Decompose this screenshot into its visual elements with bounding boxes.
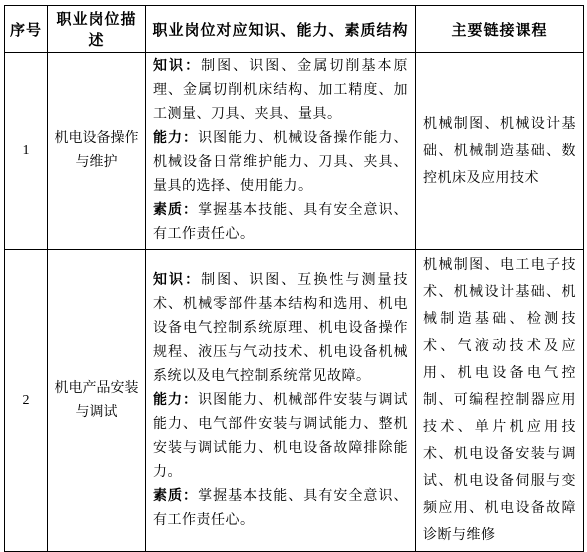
quality-paragraph: 素质：掌握基本技能、具有安全意识、有工作责任心。 <box>153 485 408 533</box>
knowledge-paragraph: 知识：制图、识图、金属切削基本原理、金属切削机床结构、加工精度、加工测量、刀具、… <box>153 55 408 127</box>
ability-paragraph: 能力：识图能力、机械设备操作能力、机械设备日常维护能力、刀具、夹具、量具的选择、… <box>153 127 408 199</box>
serial-number-cell: 2 <box>5 250 48 552</box>
position-description-cell: 机电产品安装与调试 <box>48 250 146 552</box>
knowledge-paragraph: 知识：制图、识图、互换性与测量技术、机械零部件基本结构和选用、机电设备电气控制系… <box>153 269 408 389</box>
quality-label: 素质： <box>153 489 198 504</box>
table-row: 2 机电产品安装与调试 知识：制图、识图、互换性与测量技术、机械零部件基本结构和… <box>5 250 584 552</box>
header-position-description: 职业岗位描述 <box>48 6 146 53</box>
knowledge-label: 知识： <box>153 59 201 74</box>
linked-courses-cell: 机械制图、电工电子技术、机械设计基础、机械制造基础、检测技术、气液动技术及应用、… <box>416 250 584 552</box>
linked-courses-cell: 机械制图、机械设计基础、机械制造基础、数控机床及应用技术 <box>416 53 584 250</box>
ability-paragraph: 能力：识图能力、机械部件安装与调试能力、电气部件安装与调试能力、整机安装与调试能… <box>153 389 408 485</box>
header-knowledge-ability-quality: 职业岗位对应知识、能力、素质结构 <box>146 6 416 53</box>
header-row: 序号 职业岗位描述 职业岗位对应知识、能力、素质结构 主要链接课程 <box>5 6 584 53</box>
knowledge-ability-quality-cell: 知识：制图、识图、互换性与测量技术、机械零部件基本结构和选用、机电设备电气控制系… <box>146 250 416 552</box>
quality-label: 素质： <box>153 203 198 218</box>
knowledge-label: 知识： <box>153 273 201 288</box>
knowledge-ability-quality-cell: 知识：制图、识图、金属切削基本原理、金属切削机床结构、加工精度、加工测量、刀具、… <box>146 53 416 250</box>
ability-label: 能力： <box>153 393 198 408</box>
header-linked-courses: 主要链接课程 <box>416 6 584 53</box>
job-position-course-table: 序号 职业岗位描述 职业岗位对应知识、能力、素质结构 主要链接课程 1 机电设备… <box>4 5 584 552</box>
serial-number-cell: 1 <box>5 53 48 250</box>
ability-label: 能力： <box>153 131 198 146</box>
header-serial-number: 序号 <box>5 6 48 53</box>
position-description-cell: 机电设备操作与维护 <box>48 53 146 250</box>
knowledge-text: 制图、识图、互换性与测量技术、机械零部件基本结构和选用、机电设备电气控制系统原理… <box>153 273 408 384</box>
table-row: 1 机电设备操作与维护 知识：制图、识图、金属切削基本原理、金属切削机床结构、加… <box>5 53 584 250</box>
quality-paragraph: 素质：掌握基本技能、具有安全意识、有工作责任心。 <box>153 199 408 247</box>
